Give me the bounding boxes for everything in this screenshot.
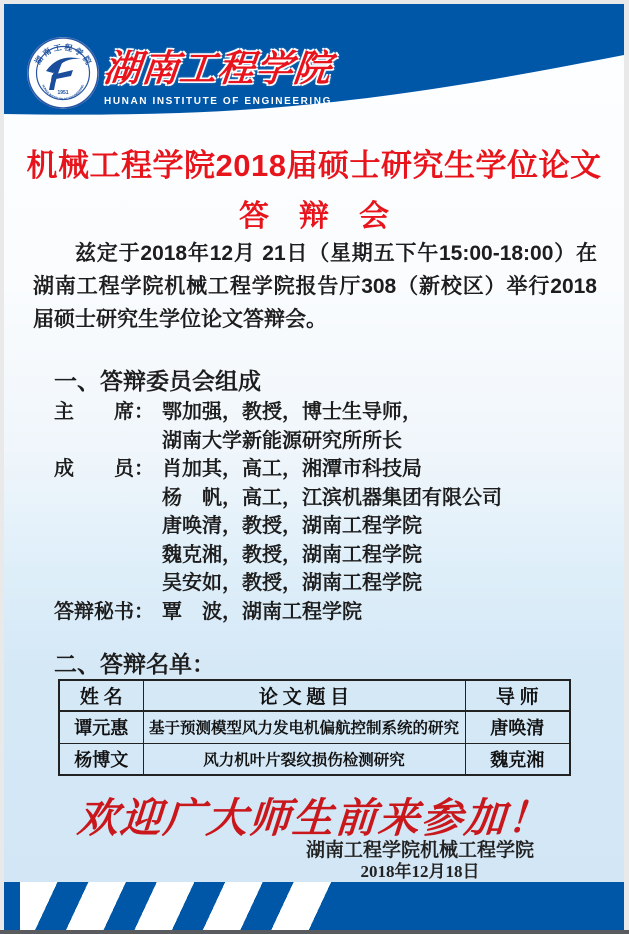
intro-paragraph: 兹定于2018年12月 21日（星期五下午15:00-18:00）在湖南工程学院…	[33, 237, 597, 336]
committee-row: 主 席：鄂加强，教授，博士生导师，	[54, 398, 594, 427]
thesis-title: 风力机叶片裂纹损伤检测研究	[143, 743, 465, 775]
col-header-name: 姓 名	[59, 680, 143, 711]
committee-member: 唐唤清，教授，湖南工程学院	[162, 515, 422, 537]
section1-heading: 一、答辩委员会组成	[54, 363, 261, 396]
school-logo-icon: 湖 南 工 程 学 院 HUNAN INSTITUTE OF ENGINEERI…	[26, 36, 100, 110]
committee-member: 鄂加强，教授，博士生导师，	[162, 401, 422, 423]
student-name: 谭元惠	[59, 711, 143, 743]
committee-role-label: 主 席：	[54, 398, 162, 427]
committee-row: 吴安如，教授，湖南工程学院	[54, 569, 594, 598]
committee-member: 杨 帆，高工，江滨机器集团有限公司	[162, 487, 502, 509]
signature-date: 2018年12月18日	[300, 862, 540, 882]
committee-member: 吴安如，教授，湖南工程学院	[162, 572, 422, 594]
committee-row: 杨 帆，高工，江滨机器集团有限公司	[54, 484, 594, 513]
student-name: 杨博文	[59, 743, 143, 775]
committee-row: 答辩秘书：覃 波，湖南工程学院	[54, 598, 594, 627]
col-header-supervisor: 导 师	[465, 680, 570, 711]
supervisor-name: 魏克湘	[465, 743, 570, 775]
committee-role-label: 成 员：	[54, 455, 162, 484]
thesis-title: 基于预测模型风力发电机偏航控制系统的研究	[143, 711, 465, 743]
welcome-script: 欢迎广大师生前来参加！	[4, 785, 624, 844]
signature-org: 湖南工程学院机械工程学院	[300, 840, 540, 862]
committee-list: 主 席：鄂加强，教授，博士生导师， 湖南大学新能源研究所所长 成 员：肖加其，高…	[54, 398, 594, 626]
poster-title-line1: 机械工程学院2018届硕士研究生学位论文	[4, 140, 624, 185]
school-name-cn: 湖南工程学院	[101, 38, 427, 92]
poster-page: 湖 南 工 程 学 院 HUNAN INSTITUTE OF ENGINEERI…	[0, 0, 629, 934]
committee-member: 湖南大学新能源研究所所长	[162, 430, 402, 452]
school-name-block: 湖南工程学院 HUNAN INSTITUTE OF ENGINEERING	[104, 38, 424, 107]
logo-year: 1951	[57, 90, 68, 96]
committee-role-label: 答辩秘书：	[54, 598, 162, 627]
supervisor-name: 唐唤清	[465, 711, 570, 743]
committee-member: 魏克湘，教授，湖南工程学院	[162, 544, 422, 566]
section2-heading: 二、答辩名单：	[54, 646, 215, 679]
committee-member: 肖加其，高工，湘潭市科技局	[162, 458, 422, 480]
poster-title-line2: 答 辩 会	[4, 191, 624, 235]
page-bottom-edge	[0, 930, 629, 934]
defense-table: 姓 名 论 文 题 目 导 师 谭元惠 基于预测模型风力发电机偏航控制系统的研究…	[58, 679, 571, 776]
committee-row: 湖南大学新能源研究所所长	[54, 427, 594, 456]
footer-band	[4, 882, 624, 930]
table-header-row: 姓 名 论 文 题 目 导 师	[59, 680, 570, 711]
committee-member: 覃 波，湖南工程学院	[162, 601, 362, 623]
committee-row: 成 员：肖加其，高工，湘潭市科技局	[54, 455, 594, 484]
school-name-en: HUNAN INSTITUTE OF ENGINEERING	[104, 96, 424, 107]
signature-block: 湖南工程学院机械工程学院 2018年12月18日	[300, 840, 540, 882]
table-row: 谭元惠 基于预测模型风力发电机偏航控制系统的研究 唐唤清	[59, 711, 570, 743]
committee-row: 魏克湘，教授，湖南工程学院	[54, 541, 594, 570]
table-row: 杨博文 风力机叶片裂纹损伤检测研究 魏克湘	[59, 743, 570, 775]
col-header-thesis: 论 文 题 目	[143, 680, 465, 711]
committee-row: 唐唤清，教授，湖南工程学院	[54, 512, 594, 541]
footer-diagonal-stripes	[20, 882, 335, 930]
poster-body: 湖 南 工 程 学 院 HUNAN INSTITUTE OF ENGINEERI…	[4, 4, 624, 930]
